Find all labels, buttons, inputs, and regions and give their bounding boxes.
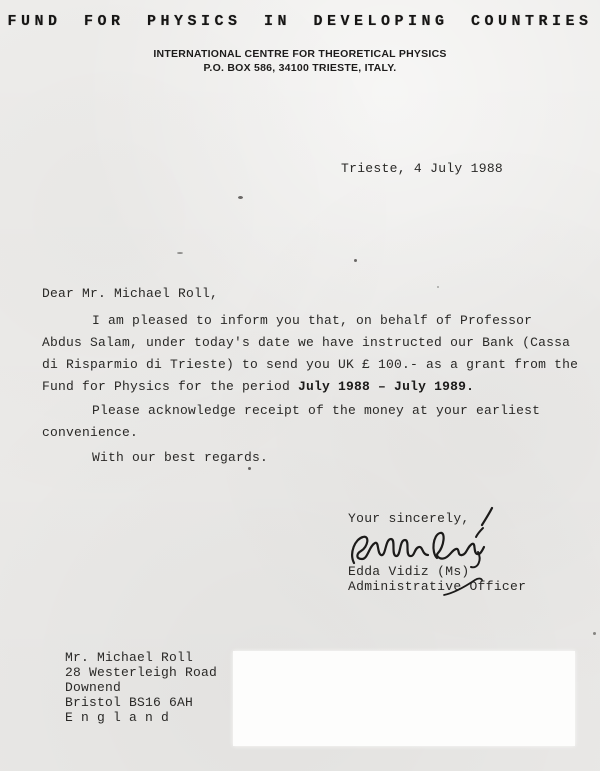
letter-page: FUND FOR PHYSICS IN DEVELOPING COUNTRIES… bbox=[0, 0, 600, 771]
letterhead: FUND FOR PHYSICS IN DEVELOPING COUNTRIES… bbox=[0, 13, 600, 75]
body-line-text: Fund for Physics for the period bbox=[42, 379, 298, 394]
paper-speck bbox=[437, 286, 439, 288]
letterhead-org-line1: INTERNATIONAL CENTRE FOR THEORETICAL PHY… bbox=[0, 47, 600, 61]
letter-body: Dear Mr. Michael Roll, I am pleased to i… bbox=[42, 283, 590, 469]
paper-speck bbox=[593, 632, 596, 635]
body-line: I am pleased to inform you that, on beha… bbox=[42, 310, 590, 332]
paper-speck bbox=[248, 467, 251, 470]
body-line: Fund for Physics for the period July 198… bbox=[42, 376, 590, 398]
body-line: Please acknowledge receipt of the money … bbox=[42, 400, 590, 422]
address-line: Mr. Michael Roll bbox=[65, 650, 217, 665]
paper-speck bbox=[354, 259, 357, 262]
salutation: Dear Mr. Michael Roll, bbox=[42, 283, 590, 305]
paper-speck bbox=[177, 252, 183, 254]
address-line: 28 Westerleigh Road bbox=[65, 665, 217, 680]
paper-speck bbox=[238, 196, 243, 199]
whiteout-box bbox=[233, 651, 575, 746]
body-line: Abdus Salam, under today's date we have … bbox=[42, 332, 590, 354]
body-line: di Risparmio di Trieste) to send you UK … bbox=[42, 354, 590, 376]
address-line: Downend bbox=[65, 680, 217, 695]
address-line: E n g l a n d bbox=[65, 710, 217, 725]
body-line: convenience. bbox=[42, 422, 590, 444]
signer-title: Administrative Officer bbox=[348, 579, 526, 594]
pen-strike-icon bbox=[442, 576, 484, 598]
address-line: Bristol BS16 6AH bbox=[65, 695, 217, 710]
letterhead-org-line2: P.O. BOX 586, 34100 TRIESTE, ITALY. bbox=[0, 61, 600, 75]
body-line: With our best regards. bbox=[42, 447, 590, 469]
recipient-address: Mr. Michael Roll 28 Westerleigh Road Dow… bbox=[65, 650, 217, 725]
grant-period: July 1988 – July 1989. bbox=[298, 379, 474, 394]
letterhead-title: FUND FOR PHYSICS IN DEVELOPING COUNTRIES bbox=[0, 13, 600, 30]
dateline: Trieste, 4 July 1988 bbox=[341, 161, 503, 176]
